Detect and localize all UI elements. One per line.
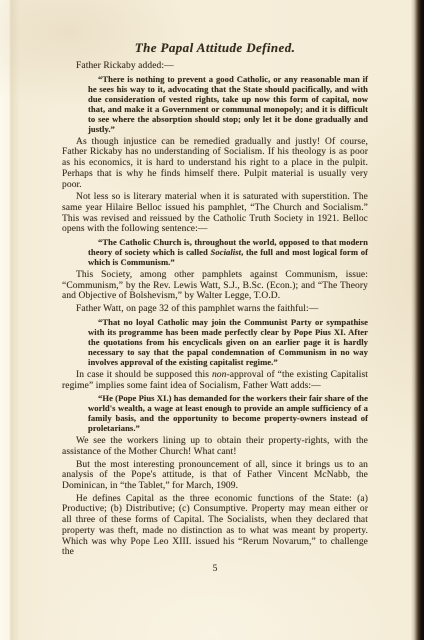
paragraph-as-though-injustice: As though injustice can be remedied grad… <box>62 137 368 191</box>
book-page: The Papal Attitude Defined. Father Ricka… <box>0 0 424 640</box>
paragraph-most-interesting: But the most interesting pronouncement o… <box>62 460 368 492</box>
paragraph-in-case-supposed: In case it should be supposed this non-a… <box>62 370 368 391</box>
paragraph-father-watt-page-32: Father Watt, on page 32 of this pamphlet… <box>62 304 368 315</box>
paragraph-he-defines-capital: He defines Capital as the three economic… <box>62 494 368 558</box>
paragraph-this-society: This Society, among other pamphlets agai… <box>62 270 368 302</box>
paragraph-not-less-so: Not less so is literary material when it… <box>62 192 368 235</box>
book-binding-shadow <box>411 0 424 640</box>
page-number: 5 <box>62 564 368 574</box>
block-quote-rickaby: “There is nothing to prevent a good Cath… <box>88 74 368 134</box>
block-quote-watt-adds: “He (Pope Pius XI.) has demanded for the… <box>88 393 368 433</box>
block-quote-watt-warning: “That no loyal Catholic may join the Com… <box>88 317 368 367</box>
paragraph-we-see-the-workers: We see the workers lining up to obtain t… <box>62 436 368 457</box>
page-text-block: The Papal Attitude Defined. Father Ricka… <box>62 40 368 574</box>
block-quote-belloc: “The Catholic Church is, throughout the … <box>88 237 368 267</box>
page-title: The Papal Attitude Defined. <box>62 40 368 55</box>
paragraph-father-rickaby-added: Father Rickaby added:— <box>62 61 368 72</box>
